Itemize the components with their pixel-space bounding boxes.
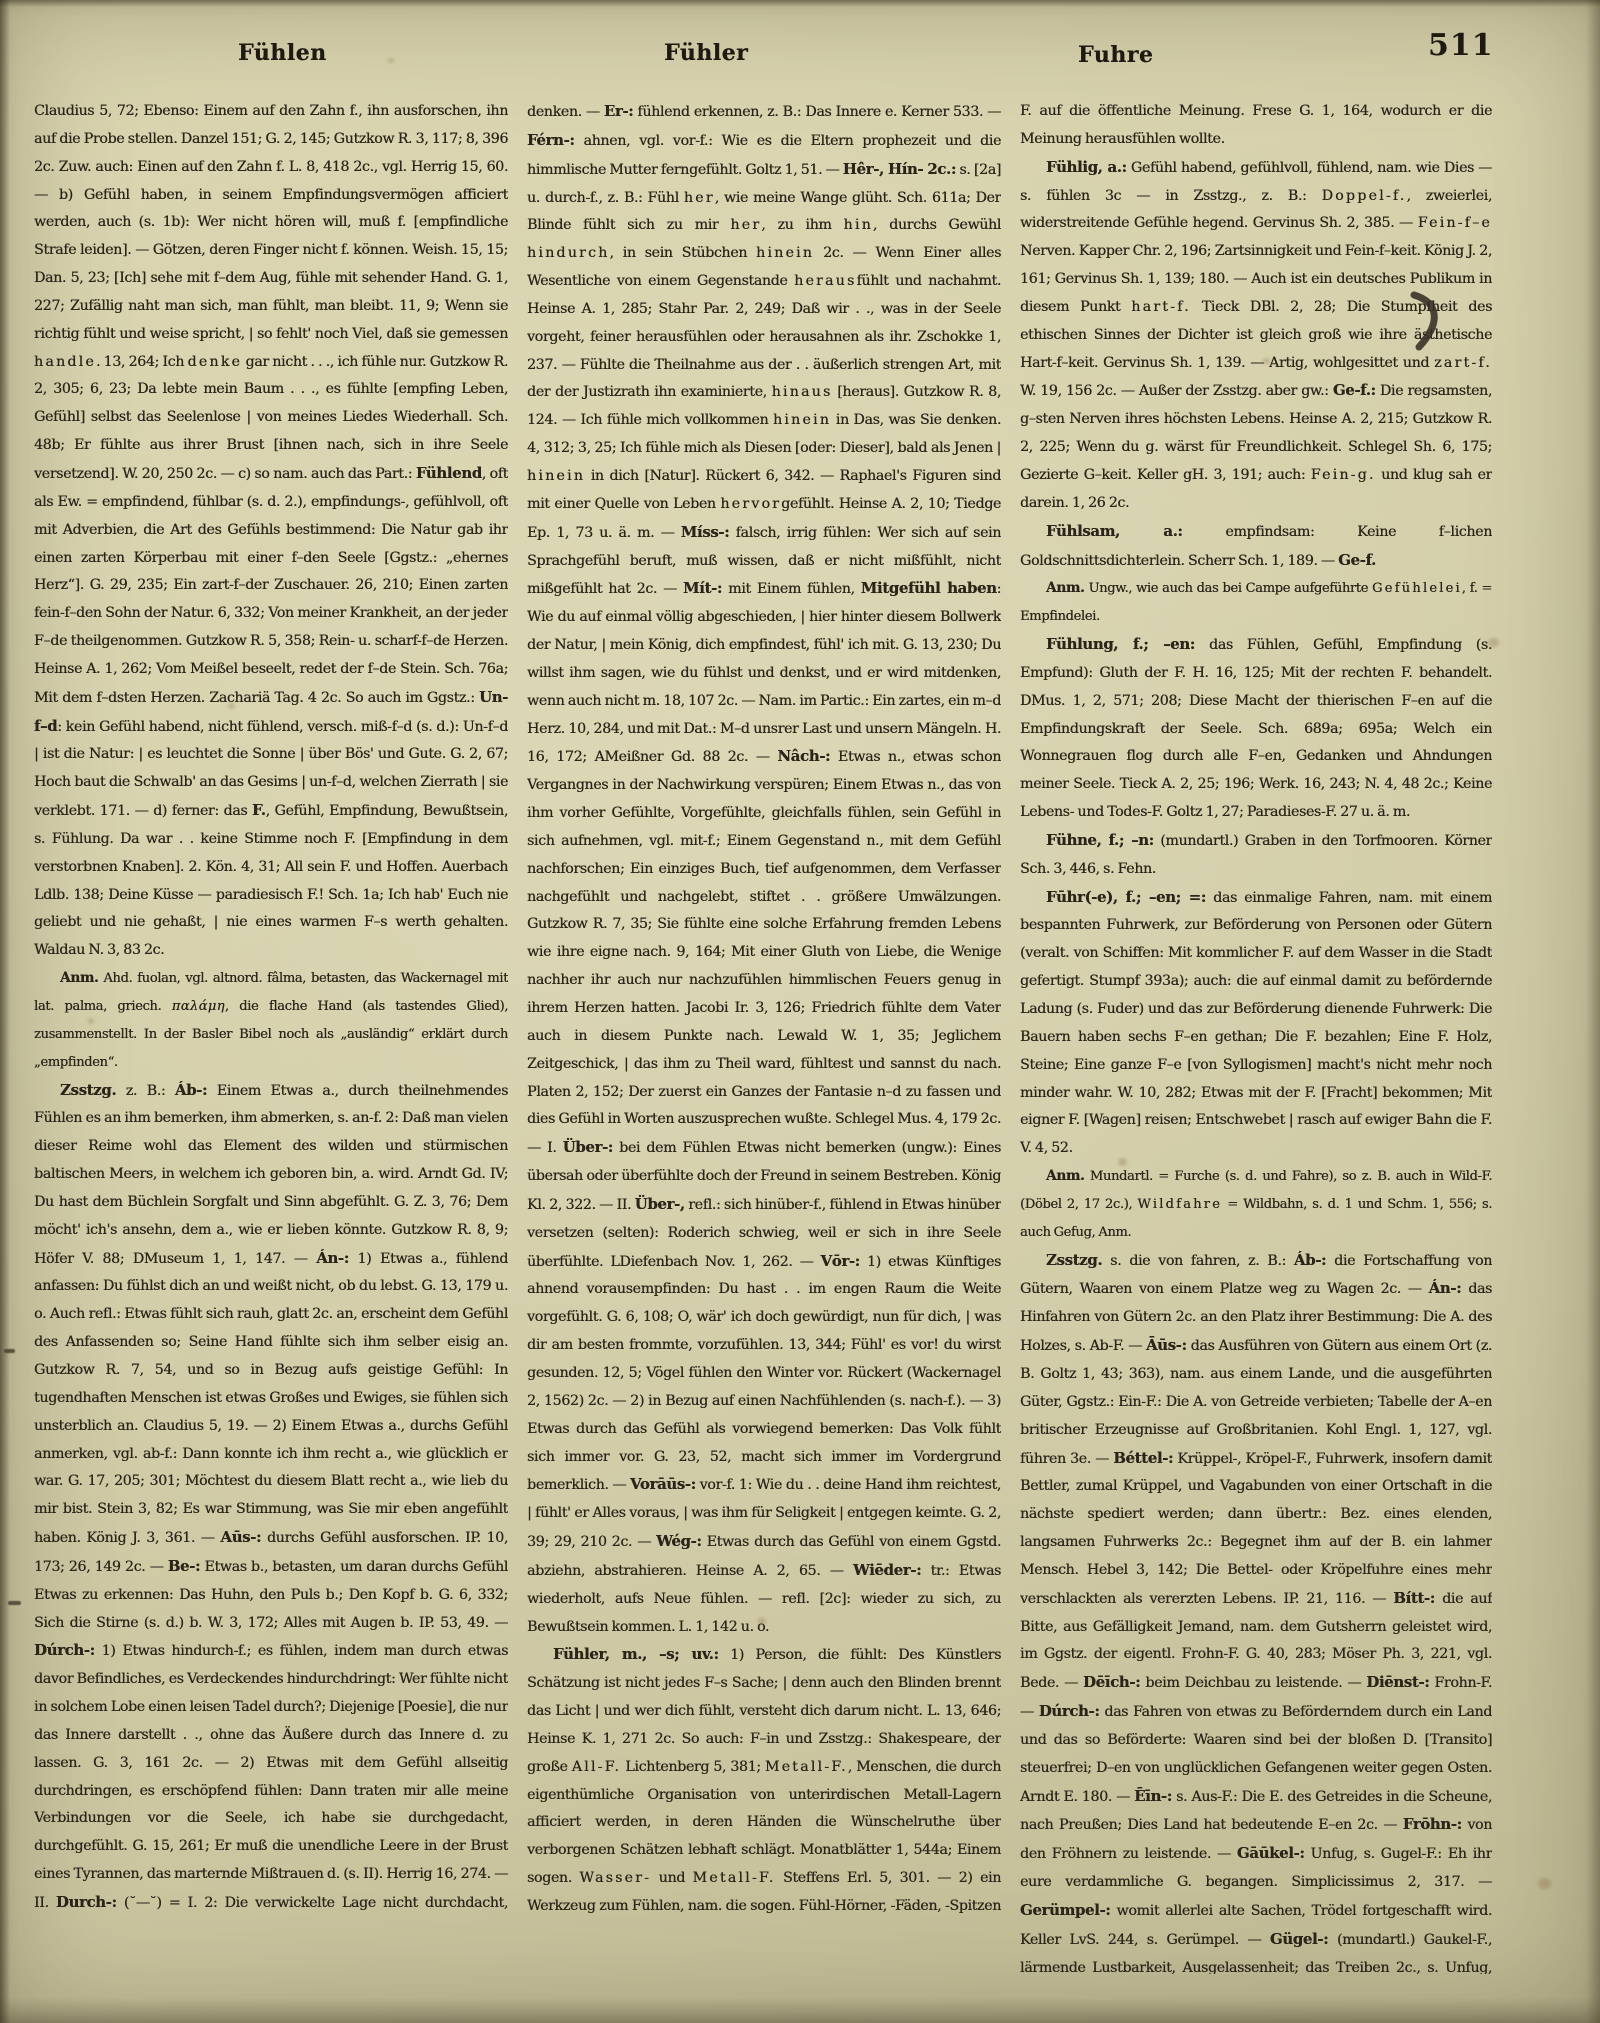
text-run: Fūhr(-e), f.; –en; =: — [1046, 888, 1206, 906]
text-run: her — [684, 190, 715, 206]
text-run: Einem Etwas a., durch theilnehmendes Füh… — [34, 1083, 508, 1267]
text-run: Anm. — [1046, 1168, 1084, 1184]
text-run: gar nicht . . ., ich fühle nur. Gutzkow … — [34, 354, 508, 482]
text-run: Wég-: — [656, 1532, 701, 1550]
text-run: s. die von fahren, z. B.: — [1102, 1253, 1294, 1269]
paragraph: denken. — Er-: fühlend erkennen, z. B.: … — [527, 98, 1001, 1641]
text-run: hinein — [527, 468, 585, 484]
text-run: Fühne, f.; –n: — [1046, 831, 1154, 849]
text-run: denken. — — [527, 104, 604, 120]
paragraph: Anm. Ahd. fuolan, vgl. altnord. fâlma, b… — [34, 965, 508, 1076]
text-run: Nâch-: — [777, 747, 830, 765]
text-run: und — [651, 1870, 692, 1886]
text-run: Míss-: — [681, 523, 730, 541]
text-run: Er-: — [604, 102, 634, 120]
text-run: Etwas n., etwas schon Vergangnes in der … — [527, 749, 1001, 1156]
text-run: hervor — [720, 496, 781, 512]
text-run: Dēīch-: — [1083, 1673, 1140, 1691]
text-run: hindurch — [527, 245, 610, 261]
text-run: Áb-: — [1294, 1251, 1326, 1269]
foxing-stain — [388, 58, 394, 63]
text-run: Vorāūs-: — [630, 1475, 696, 1493]
foxing-stain — [88, 1018, 94, 1024]
text-run: Claudius 5, 72; Ebenso: Einem auf den Za… — [34, 103, 508, 342]
text-run: All-F. — [572, 1759, 621, 1775]
text-run: fühlt und nachahmt. Heinse A. 1, 285; St… — [527, 273, 1001, 400]
paragraph: Fühlung, f.; –en: das Fühlen, Gefühl, Em… — [1020, 631, 1492, 827]
text-run: zart-f. — [1434, 355, 1492, 371]
text-run: Diēnst-: — [1366, 1673, 1429, 1691]
text-run: Ge-f. — [1338, 551, 1376, 569]
text-run: 1) Etwas hindurch-f.; es fühlen, indem m… — [34, 1643, 508, 1910]
text-column-1: Claudius 5, 72; Ebenso: Einem auf den Za… — [34, 98, 508, 1910]
text-run: Án-: — [1429, 1279, 1462, 1297]
text-run: Fühler, m., –s; uv.: — [553, 1645, 719, 1663]
text-run: Über-, — [635, 1195, 685, 1213]
text-run: Férn-: — [527, 131, 575, 149]
foxing-stain — [1263, 358, 1270, 364]
text-run: : Wie du auf einmal völlig abgeschieden,… — [527, 581, 1001, 765]
text-run: Zsstzg. — [1046, 1251, 1102, 1269]
text-run: hinein — [756, 245, 814, 261]
text-run: das Fühlen, Gefühl, Empfindung (s. Empfu… — [1020, 637, 1492, 820]
text-run: , zu ihm — [761, 217, 843, 233]
margin-mark — [4, 1349, 15, 1353]
text-run: Gerümpel-: — [1020, 1901, 1110, 1919]
running-head-center: Fühler — [664, 40, 748, 66]
text-run: , in sein Stübchen — [610, 245, 757, 261]
running-head-left: Fühlen — [238, 40, 327, 66]
margin-mark — [8, 1601, 21, 1605]
text-run: , Gefühl, Empfindung, Bewußtsein, s. Füh… — [34, 803, 508, 958]
text-run: Béttel-: — [1113, 1449, 1173, 1467]
text-run: hinaus — [772, 384, 833, 400]
text-run: beim Deichbau zu leistende. — — [1140, 1675, 1366, 1691]
text-run: Aūs-: — [220, 1528, 261, 1546]
text-run: Wiēder-: — [853, 1561, 921, 1579]
text-run: Mít-: — [683, 579, 722, 597]
text-run: Wasser- — [579, 1870, 651, 1886]
foxing-stain — [1118, 1158, 1127, 1166]
text-run: Gāūkel-: — [1237, 1844, 1305, 1862]
text-run: her — [730, 217, 761, 233]
text-run: heraus — [794, 273, 856, 289]
foxing-stain — [758, 1618, 766, 1625]
text-run: Dúrch-: — [1039, 1702, 1100, 1720]
text-run: Dúrch-: — [34, 1641, 95, 1659]
text-run: 1) Etwas a., fühlend anfassen: Du fühlst… — [34, 1251, 508, 1546]
page-edge-shadow-top — [0, 0, 1600, 7]
text-run: Hêr-, Hín- 2c.: — [843, 160, 956, 178]
text-run: Anm. — [60, 970, 98, 986]
text-run: Ēīn-: — [1134, 1787, 1172, 1805]
foxing-stain — [228, 703, 235, 709]
text-run: Krüppel-, Kröpel-F., Fuhrwerk, insofern … — [1020, 1451, 1492, 1607]
text-run: Án-: — [316, 1249, 349, 1267]
text-run: das Ausführen von Gütern aus einem Ort (… — [1020, 1338, 1492, 1466]
text-run: Ungw., wie auch das bei Campe aufgeführt… — [1084, 581, 1372, 596]
text-run: . 13, 264; Ich — [96, 354, 188, 370]
text-run: Fein-f–e — [1418, 215, 1492, 231]
text-run: 1) Person, die fühlt: Des Künstlers Schä… — [527, 1647, 1001, 1774]
page-edge-shadow-bottom — [0, 1997, 1600, 2023]
text-run: Gügel-: — [1270, 1930, 1328, 1948]
text-run: handle — [34, 354, 96, 370]
page-edge-shadow-right — [1586, 0, 1600, 2023]
paragraph: Zsstzg. z. B.: Áb-: Einem Etwas a., durc… — [34, 1077, 508, 1910]
text-run: Über-: — [563, 1138, 613, 1156]
paragraph: Fūhr(-e), f.; –en; =: das einmalige Fahr… — [1020, 884, 1492, 1163]
text-run: Zsstzg. — [60, 1081, 116, 1099]
text-run: Anm. — [1046, 580, 1084, 596]
text-run: W. 19, 156 2c. — Außer der Zsstzg. aber … — [1020, 383, 1333, 399]
text-run: F. — [252, 801, 266, 819]
text-run: Gefühlelei — [1372, 581, 1462, 596]
paragraph: Fühne, f.; –n: (mundartl.) Graben in den… — [1020, 827, 1492, 884]
text-run: hart-f. — [1131, 299, 1191, 315]
text-run: Bítt-: — [1393, 1589, 1435, 1607]
text-run: Mitgefühl haben — [861, 579, 997, 597]
paragraph: Anm. Ungw., wie auch das bei Campe aufge… — [1020, 575, 1492, 631]
text-run: , Menschen, die durch eigenthümliche Org… — [527, 1759, 1001, 1886]
text-run: Be-: — [168, 1557, 200, 1575]
text-run: Wildfahre — [1137, 1197, 1222, 1212]
text-run: Ge-f.: — [1333, 381, 1376, 399]
paragraph: Fühlsam, a.: empfindsam: Keine f–lichen … — [1020, 518, 1492, 576]
page-edge-shadow-left — [0, 0, 10, 2023]
running-head-right: Fuhre — [1078, 42, 1153, 68]
text-run: mit Einem fühlen, — [722, 581, 861, 597]
paragraph: Fühler, m., –s; uv.: 1) Person, die fühl… — [527, 1641, 1001, 1920]
text-run: Doppel-f. — [1322, 188, 1407, 204]
text-run: Fühlung, f.; –en: — [1046, 635, 1195, 653]
text-run: , durchs Gewühl — [873, 217, 1001, 233]
text-run: Fein-g. — [1311, 467, 1376, 483]
text-run: Frōhn-: — [1403, 1815, 1462, 1833]
foxing-stain — [1488, 638, 1499, 647]
text-run: Vōr-: — [821, 1252, 860, 1270]
paragraph: F. auf die öffentliche Meinung. Frese G.… — [1020, 98, 1492, 154]
text-run: fühlend erkennen, z. B.: Das Innere e. K… — [633, 104, 1001, 120]
text-run: z. B.: — [116, 1083, 175, 1099]
text-run: , oft als Ew. = empfindend, fühlbar (s. … — [34, 466, 508, 706]
ink-smudge — [1406, 290, 1448, 352]
text-run: Durch-: — [56, 1893, 117, 1910]
foxing-stain — [1538, 1878, 1551, 1889]
text-run: das einmalige Fahren, nam. mit einem bes… — [1020, 890, 1492, 1157]
text-run: hinein — [773, 412, 831, 428]
text-column-3: F. auf die öffentliche Meinung. Frese G.… — [1020, 98, 1492, 1974]
paragraph: Claudius 5, 72; Ebenso: Einem auf den Za… — [34, 98, 508, 965]
text-run: Āūs-: — [1146, 1336, 1187, 1354]
text-run: Metall-F. — [693, 1870, 776, 1886]
text-run: Fühlsam, a.: — [1046, 522, 1183, 540]
paragraph: Anm. Mundartl. = Furche (s. d. und Fahre… — [1020, 1163, 1492, 1247]
scanned-dictionary-page: { "page": { "header": { "left": "Fühlen"… — [0, 0, 1600, 2023]
text-run: παλάμη — [172, 999, 225, 1014]
text-run: 1) etwas Künftiges ahnend vorausempfinde… — [527, 1254, 1001, 1494]
text-run: Lichtenberg 5, 381; — [621, 1759, 765, 1775]
text-column-2: denken. — Er-: fühlend erkennen, z. B.: … — [527, 98, 1001, 1920]
text-run: denke — [188, 354, 243, 370]
text-run: Fühlig, a.: — [1046, 158, 1127, 176]
text-run: Metall-F. — [765, 1759, 848, 1775]
text-run: hin — [844, 217, 873, 233]
page-number: 511 — [1428, 28, 1494, 63]
text-run: Fühlend — [416, 464, 482, 482]
text-run: F. auf die öffentliche Meinung. Frese G.… — [1020, 103, 1492, 147]
text-run: Áb-: — [175, 1081, 207, 1099]
paragraph: Zsstzg. s. die von fahren, z. B.: Áb-: d… — [1020, 1247, 1492, 1974]
